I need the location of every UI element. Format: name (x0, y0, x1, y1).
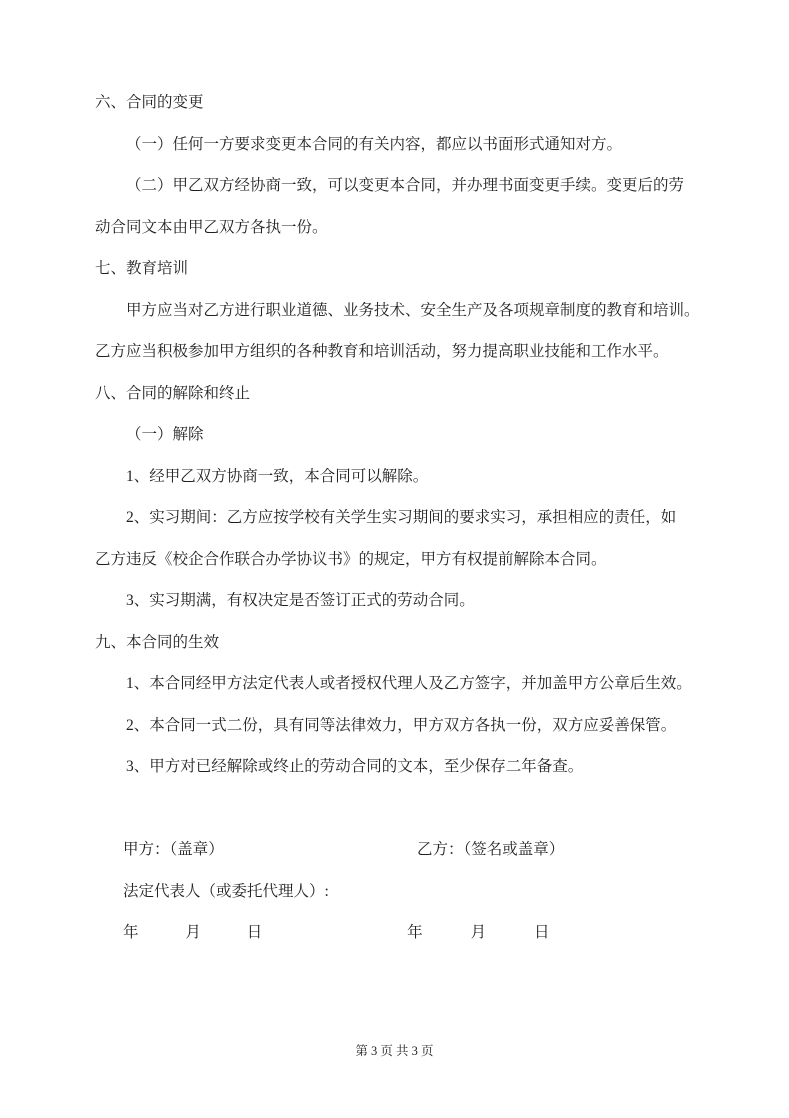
clause-8-1-item-1: 1、经甲乙双方协商一致，本合同可以解除。 (95, 456, 700, 498)
contract-body: 六、合同的变更 （一）任何一方要求变更本合同的有关内容，都应以书面形式通知对方。… (95, 82, 700, 954)
clause-8-1-item-3: 3、实习期满，有权决定是否签订正式的劳动合同。 (95, 580, 700, 622)
heading-section-7: 七、教育培训 (95, 248, 700, 290)
signature-row: 甲方：（盖章） 乙方：（签名或盖章） (95, 829, 700, 871)
heading-section-6: 六、合同的变更 (95, 82, 700, 124)
party-b-year-label: 年 (407, 924, 423, 941)
heading-section-8: 八、合同的解除和终止 (95, 373, 700, 415)
clause-9-item-2: 2、本合同一式二份，具有同等法律效力，甲方双方各执一份，双方应妥善保管。 (95, 705, 700, 747)
legal-representative-label: 法定代表人（或委托代理人）: (123, 883, 329, 900)
clause-9-item-1: 1、本合同经甲方法定代表人或者授权代理人及乙方签字，并加盖甲方公章后生效。 (95, 663, 700, 705)
clause-9-item-3: 3、甲方对已经解除或终止的劳动合同的文本，至少保存二年备查。 (95, 746, 700, 788)
clause-8-1-item-2-line-2: 乙方违反《校企合作联合办学协议书》的规定，甲方有权提前解除本合同。 (95, 539, 700, 581)
clause-7-line-1: 甲方应当对乙方进行职业道德、业务技术、安全生产及各项规章制度的教育和培训。 (95, 290, 700, 332)
party-b-signature-label: 乙方：（签名或盖章） (417, 829, 564, 871)
page-number-footer: 第 3 页 共 3 页 (0, 1040, 789, 1062)
blank-line (95, 788, 700, 830)
party-a-year-label: 年 (123, 924, 139, 941)
party-a-day-label: 日 (247, 924, 263, 941)
legal-representative-row: 法定代表人（或委托代理人）: (95, 871, 700, 913)
heading-section-9: 九、本合同的生效 (95, 622, 700, 664)
clause-6-1: （一）任何一方要求变更本合同的有关内容，都应以书面形式通知对方。 (95, 124, 700, 166)
clause-6-2-line-1: （二）甲乙双方经协商一致，可以变更本合同，并办理书面变更手续。变更后的劳 (95, 165, 700, 207)
clause-8-1-item-2-line-1: 2、实习期间：乙方应按学校有关学生实习期间的要求实习，承担相应的责任，如 (95, 497, 700, 539)
clause-8-subheading-1: （一）解除 (95, 414, 700, 456)
party-b-month-label: 月 (471, 924, 487, 941)
party-b-day-label: 日 (534, 924, 550, 941)
party-a-seal-label: 甲方：（盖章） (123, 841, 224, 858)
clause-7-line-2: 乙方应当积极参加甲方组织的各种教育和培训活动，努力提高职业技能和工作水平。 (95, 331, 700, 373)
clause-6-2-line-2: 动合同文本由甲乙双方各执一份。 (95, 207, 700, 249)
document-page: 六、合同的变更 （一）任何一方要求变更本合同的有关内容，都应以书面形式通知对方。… (0, 0, 789, 1118)
date-row: 年 月 日 年 月 日 (95, 912, 700, 954)
party-a-month-label: 月 (185, 924, 201, 941)
